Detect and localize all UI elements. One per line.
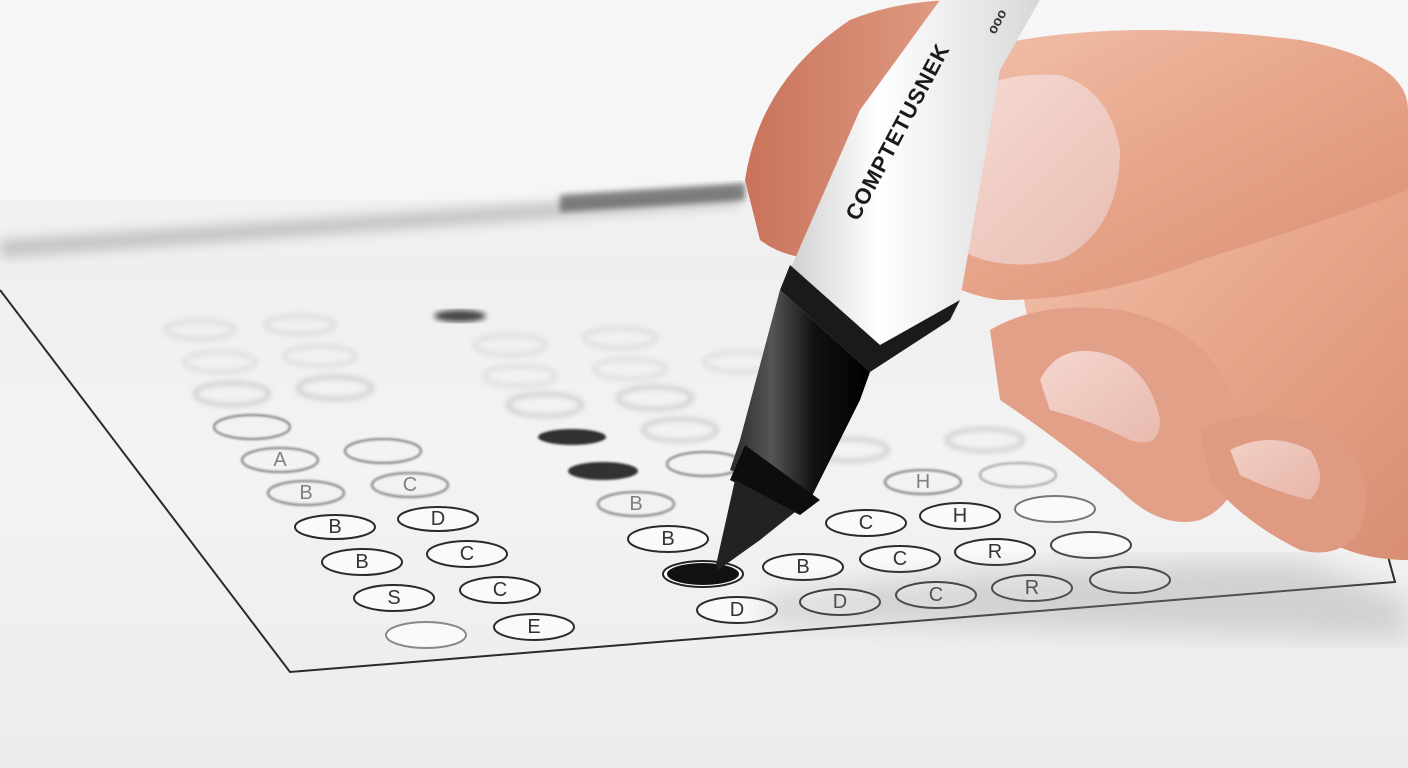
svg-text:E: E (527, 616, 540, 638)
filled-target-bubble (667, 563, 739, 585)
svg-text:B: B (661, 528, 674, 550)
svg-text:D: D (431, 508, 445, 530)
bubble-letter: H (916, 471, 930, 493)
svg-text:B: B (355, 551, 368, 573)
answer-sheet-photo: A B C B H (0, 0, 1408, 768)
filled-bubble (568, 462, 638, 480)
svg-text:S: S (387, 587, 400, 609)
faded-bubbles (165, 316, 776, 386)
svg-text:C: C (893, 548, 907, 570)
bubble-letter: A (273, 449, 287, 471)
svg-text:C: C (859, 512, 873, 534)
svg-text:B: B (328, 516, 341, 538)
svg-text:D: D (730, 599, 744, 621)
svg-text:R: R (988, 541, 1002, 563)
filled-bubble (434, 310, 486, 322)
filled-bubble (538, 429, 606, 445)
bubble-letter: B (629, 493, 642, 515)
photo-scene: A B C B H (0, 0, 1408, 768)
bubble-letter: B (299, 482, 312, 504)
bubble-letter: C (403, 474, 417, 496)
svg-text:H: H (953, 505, 967, 527)
svg-text:C: C (493, 579, 507, 601)
svg-text:B: B (796, 556, 809, 578)
svg-text:C: C (460, 543, 474, 565)
